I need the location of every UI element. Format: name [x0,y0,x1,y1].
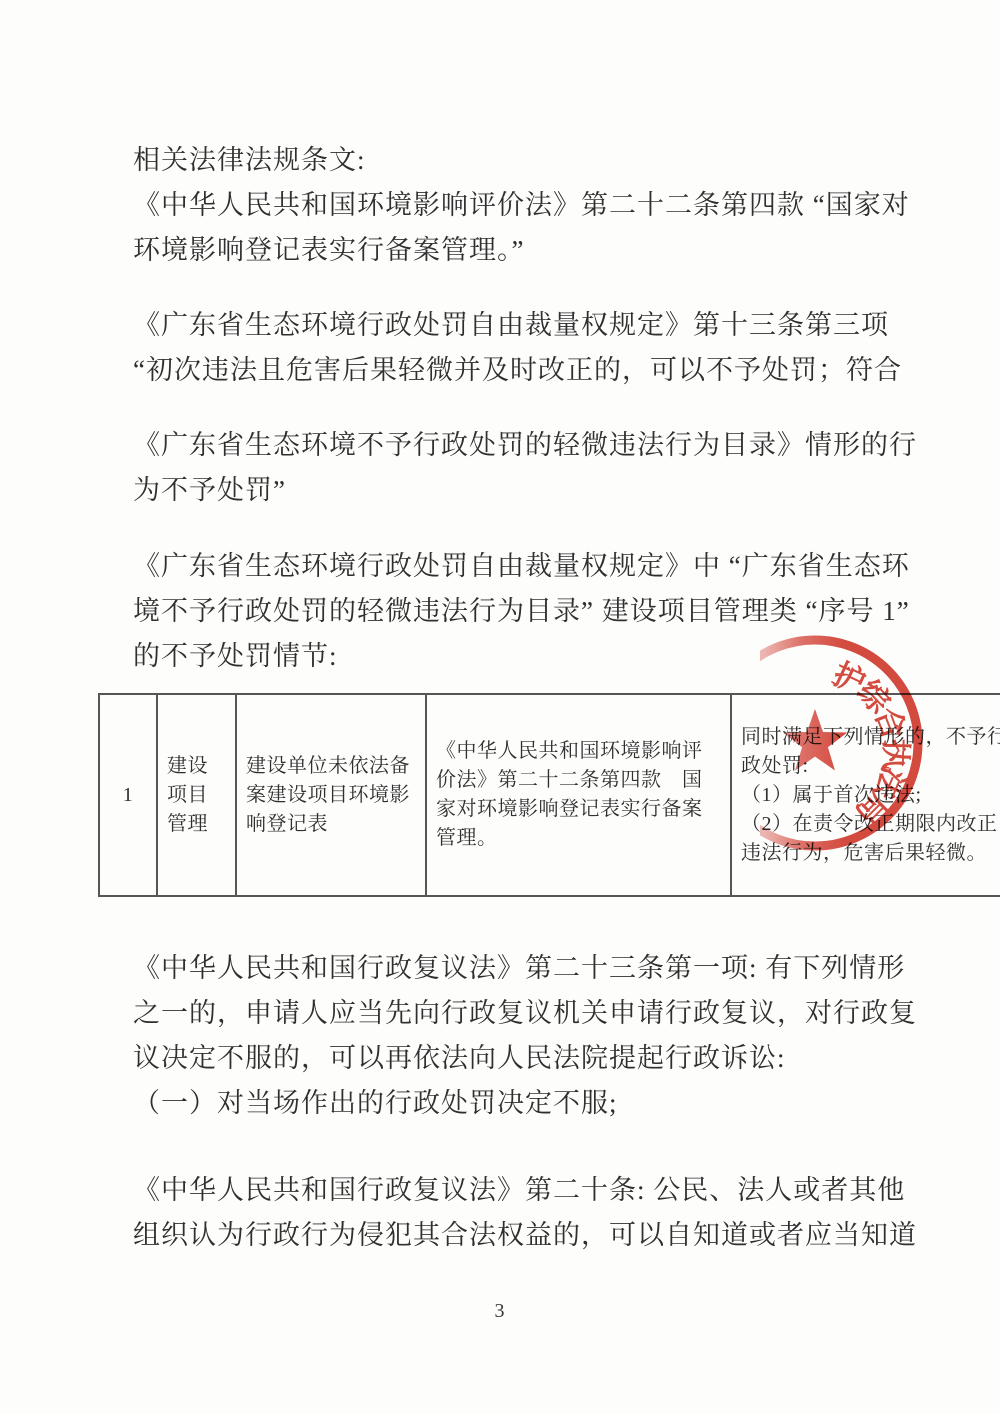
text-line: 为不予处罚” [133,468,921,513]
condition-line: （2）在责令改正期限内改正违法行为，危害后果轻微。 [741,810,1000,868]
cell-serial-number: 1 [99,694,157,896]
text-line: “初次违法且危害后果轻微并及时改正的，可以不予处罚；符合 [133,348,921,393]
paragraph-no-penalty-circumstance-intro: 《广东省生态环境行政处罚自由裁量权规定》中 “广东省生态环 境不予行政处罚的轻微… [133,544,921,679]
table-row: 1 建设项目管理 建设单位未依法备案建设项目环境影响登记表 《中华人民共和国环境… [99,694,1000,896]
text-line: 议决定不服的，可以再依法向人民法院提起行政诉讼: [133,1036,921,1081]
text-line: （一）对当场作出的行政处罚决定不服; [133,1081,921,1126]
text-line: 《广东省生态环境行政处罚自由裁量权规定》第十三条第三项 [133,303,921,348]
paragraph-review-law-article-20: 《中华人民共和国行政复议法》第二十条: 公民、法人或者其他 组织认为行政行为侵犯… [133,1168,921,1258]
paragraph-discretion-rule-13: 《广东省生态环境行政处罚自由裁量权规定》第十三条第三项 “初次违法且危害后果轻微… [133,303,921,393]
text-line: 组织认为行政行为侵犯其合法权益的，可以自知道或者应当知道 [133,1213,921,1258]
text-line: 《中华人民共和国行政复议法》第二十条: 公民、法人或者其他 [133,1168,921,1213]
text-line: 境不予行政处罚的轻微违法行为目录” 建设项目管理类 “序号 1” [133,589,921,634]
condition-line: （1）属于首次违法; [741,781,1000,810]
no-penalty-catalog-table: 1 建设项目管理 建设单位未依法备案建设项目环境影响登记表 《中华人民共和国环境… [98,693,1000,897]
page-number: 3 [0,1300,1000,1323]
text-line: 《中华人民共和国环境影响评价法》第二十二条第四款 “国家对 [133,183,921,228]
scanned-document-page: 相关法律法规条文: 《中华人民共和国环境影响评价法》第二十二条第四款 “国家对 … [0,0,1000,1414]
text-line: 《广东省生态环境不予行政处罚的轻微违法行为目录》情形的行 [133,423,921,468]
paragraph-review-law-article-23: 《中华人民共和国行政复议法》第二十三条第一项: 有下列情形 之一的，申请人应当先… [133,946,921,1126]
cell-no-penalty-conditions: 同时满足下列情形的，不予行政处罚: （1）属于首次违法; （2）在责令改正期限内… [731,694,1000,896]
paragraph-minor-violation-catalog: 《广东省生态环境不予行政处罚的轻微违法行为目录》情形的行 为不予处罚” [133,423,921,513]
text-line: 《广东省生态环境行政处罚自由裁量权规定》中 “广东省生态环 [133,544,921,589]
cell-violation: 建设单位未依法备案建设项目环境影响登记表 [236,694,426,896]
text-line: 之一的，申请人应当先向行政复议机关申请行政复议，对行政复 [133,991,921,1036]
text-line: 环境影响登记表实行备案管理。” [133,228,921,273]
paragraph-related-law-articles: 相关法律法规条文: 《中华人民共和国环境影响评价法》第二十二条第四款 “国家对 … [133,138,921,273]
cell-legal-basis: 《中华人民共和国环境影响评价法》第二十二条第四款 国家对环境影响登记表实行备案管… [426,694,731,896]
text-line: 的不予处罚情节: [133,634,921,679]
text-line: 相关法律法规条文: [133,138,921,183]
cell-category: 建设项目管理 [157,694,236,896]
condition-line: 同时满足下列情形的，不予行政处罚: [741,723,1000,781]
text-line: 《中华人民共和国行政复议法》第二十三条第一项: 有下列情形 [133,946,921,991]
